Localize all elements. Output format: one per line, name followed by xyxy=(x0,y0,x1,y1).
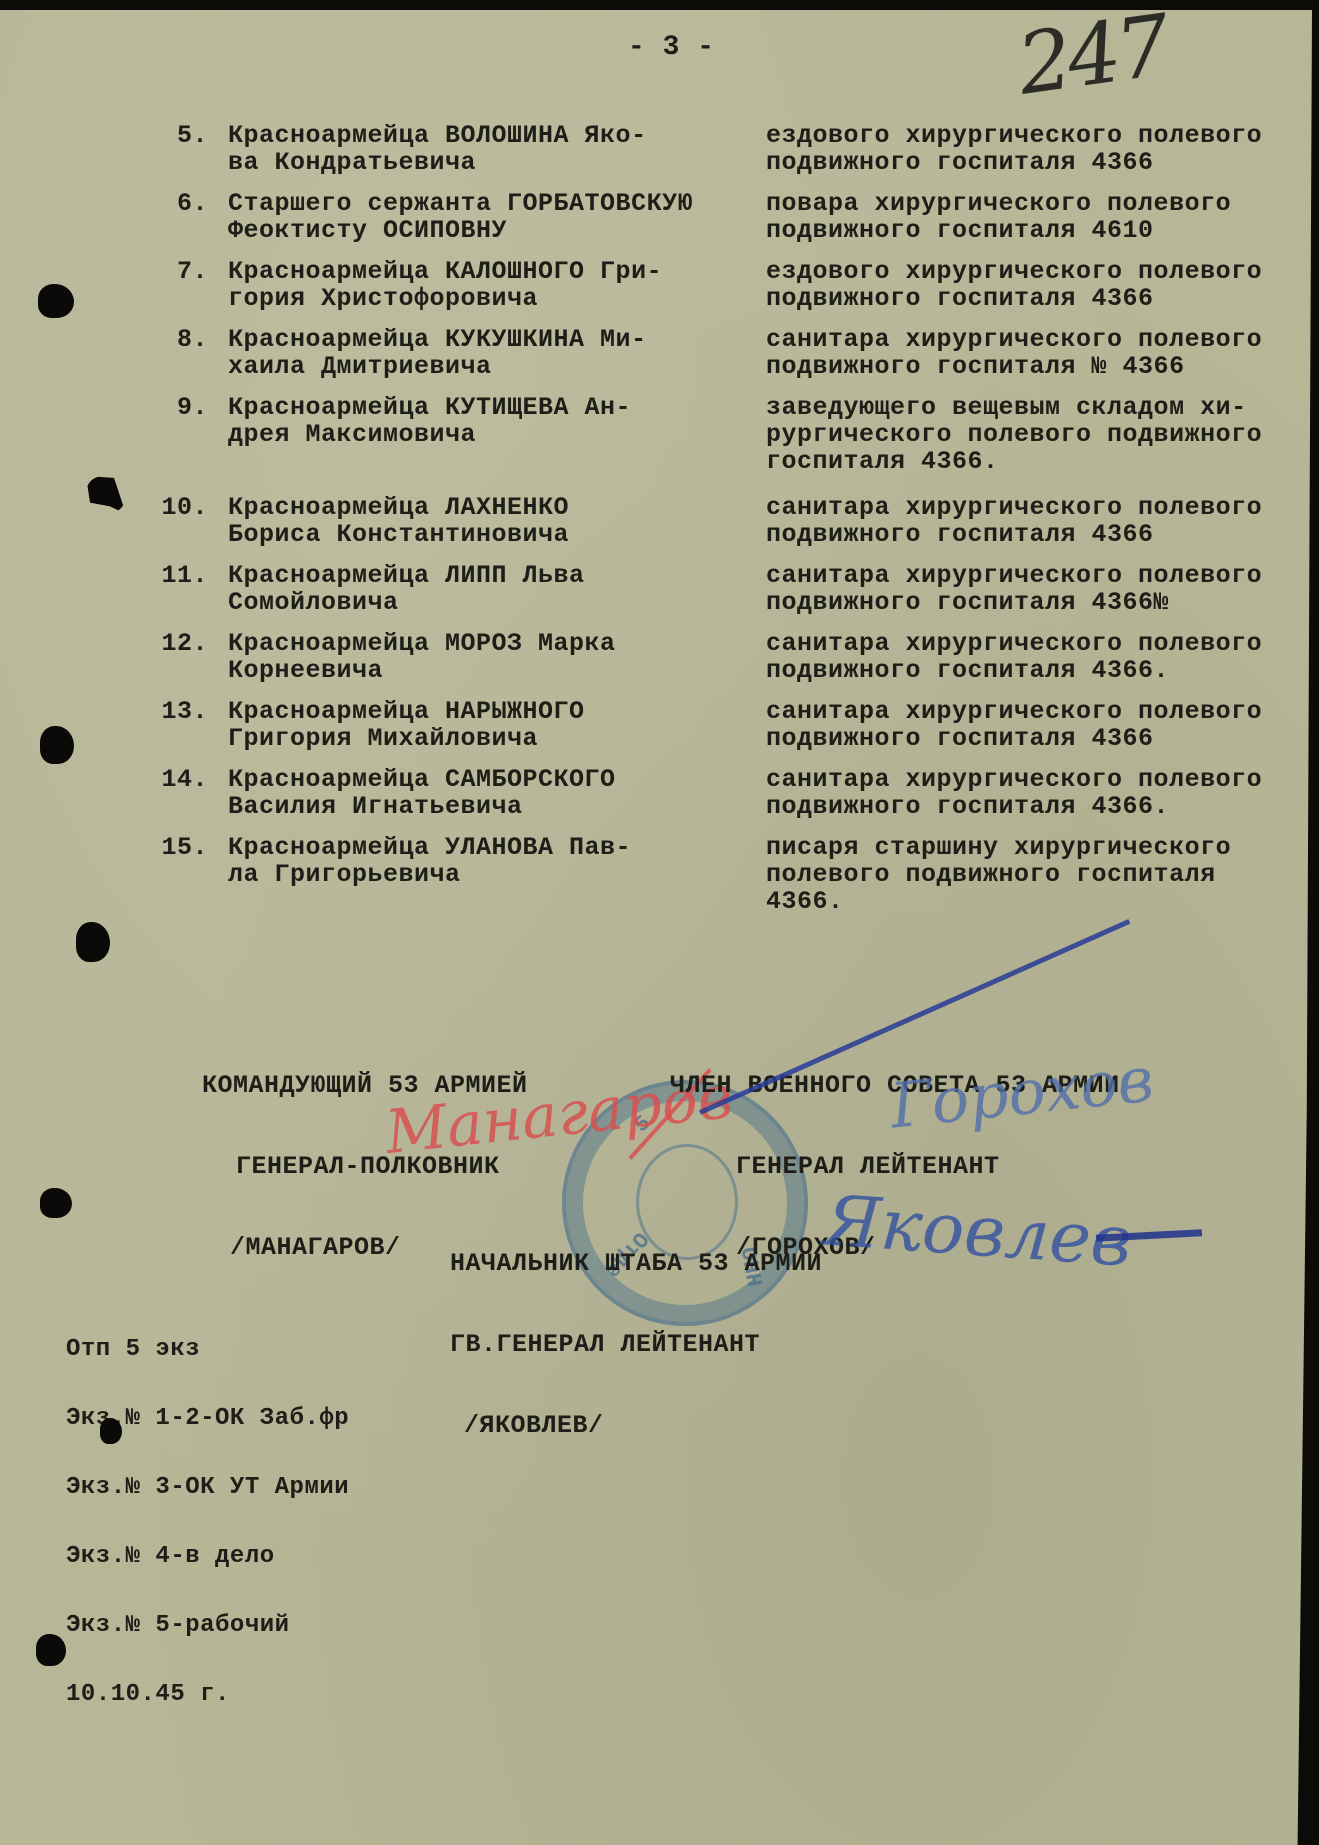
entry-name-line: Красноармейца НАРЫЖНОГО xyxy=(228,698,585,725)
entry-role-line: заведующего вещевым складом хи- xyxy=(766,394,1262,421)
entry-number: 6. xyxy=(148,190,208,217)
punch-hole xyxy=(36,1634,66,1666)
signature-name: /ЯКОВЛЕВ/ xyxy=(450,1412,822,1439)
entry-role-line: санитара хирургического полевого xyxy=(766,766,1262,793)
entry-number: 10. xyxy=(148,494,208,521)
entry-person: Красноармейца КАЛОШНОГО Гри-гория Христо… xyxy=(228,258,662,312)
entry-role: писаря старшину хирургическогополевого п… xyxy=(766,834,1231,915)
entry-role-line: подвижного госпиталя 4610 xyxy=(766,217,1231,244)
entry-role: санитара хирургического полевогоподвижно… xyxy=(766,562,1262,616)
entry-name-line: Красноармейца МОРОЗ Марка xyxy=(228,630,616,657)
entry-role-line: подвижного госпиталя № 4366 xyxy=(766,353,1262,380)
entry-number: 14. xyxy=(148,766,208,793)
entry-role-line: подвижного госпиталя 4366 xyxy=(766,149,1262,176)
entry-role: санитара хирургического полевогоподвижно… xyxy=(766,494,1262,548)
entry-role-line: подвижного госпиталя 4366 xyxy=(766,725,1262,752)
entry-role-line: госпиталя 4366. xyxy=(766,448,1262,475)
entry-role: санитара хирургического полевогоподвижно… xyxy=(766,326,1262,380)
note-line: Отп 5 экз xyxy=(66,1338,349,1361)
entry-role-line: ездового хирургического полевого xyxy=(766,122,1262,149)
signature-title: НАЧАЛЬНИК ШТАБА 53 АРМИИ xyxy=(450,1250,822,1277)
entry-role: заведующего вещевым складом хи-рургическ… xyxy=(766,394,1262,475)
punch-hole xyxy=(40,1188,72,1218)
punch-hole xyxy=(38,284,74,318)
entry-person: Красноармейца ЛИПП ЛьваСомойловича xyxy=(228,562,585,616)
signature-chief-of-staff: НАЧАЛЬНИК ШТАБА 53 АРМИИ ГВ.ГЕНЕРАЛ ЛЕЙТ… xyxy=(450,1196,822,1466)
punch-hole xyxy=(40,726,74,764)
entry-number: 8. xyxy=(148,326,208,353)
entry-person: Красноармейца КУТИЩЕВА Ан-дрея Максимови… xyxy=(228,394,631,448)
entry-number: 9. xyxy=(148,394,208,421)
entry-number: 15. xyxy=(148,834,208,861)
entry-name-line: Красноармейца КУТИЩЕВА Ан- xyxy=(228,394,631,421)
entry-role-line: санитара хирургического полевого xyxy=(766,630,1262,657)
entry-person: Красноармейца САМБОРСКОГОВасилия Игнатье… xyxy=(228,766,616,820)
entry-name-line: Красноармейца ЛИПП Льва xyxy=(228,562,585,589)
note-line: Экз.№ 4-в дело xyxy=(66,1545,349,1568)
entry-role-line: рургического полевого подвижного xyxy=(766,421,1262,448)
entry-role: санитара хирургического полевогоподвижно… xyxy=(766,630,1262,684)
entry-name-line: Василия Игнатьевича xyxy=(228,793,616,820)
entry-person: Старшего сержанта ГОРБАТОВСКУЮФеоктисту … xyxy=(228,190,693,244)
entry-role-line: подвижного госпиталя 4366. xyxy=(766,657,1262,684)
entry-name-line: Красноармейца ВОЛОШИНА Яко- xyxy=(228,122,647,149)
entry-name-line: Григория Михайловича xyxy=(228,725,585,752)
entry-name-line: Красноармейца КУКУШКИНА Ми- xyxy=(228,326,647,353)
entry-number: 7. xyxy=(148,258,208,285)
note-line: 10.10.45 г. xyxy=(66,1683,349,1706)
entry-name-line: Феоктисту ОСИПОВНУ xyxy=(228,217,693,244)
entry-name-line: Красноармейца КАЛОШНОГО Гри- xyxy=(228,258,662,285)
entry-role-line: санитара хирургического полевого xyxy=(766,494,1262,521)
punch-hole xyxy=(76,922,110,962)
entry-role-line: санитара хирургического полевого xyxy=(766,698,1262,725)
entry-person: Красноармейца НАРЫЖНОГОГригория Михайлов… xyxy=(228,698,585,752)
entry-role-line: подвижного госпиталя 4366. xyxy=(766,793,1262,820)
entry-role-line: санитара хирургического полевого xyxy=(766,562,1262,589)
entry-role: ездового хирургического полевогоподвижно… xyxy=(766,258,1262,312)
entry-number: 12. xyxy=(148,630,208,657)
entry-name-line: ла Григорьевича xyxy=(228,861,631,888)
entry-name-line: Корнеевича xyxy=(228,657,616,684)
page-number: - 3 - xyxy=(628,34,715,61)
entry-person: Красноармейца УЛАНОВА Пав-ла Григорьевич… xyxy=(228,834,631,888)
entry-name-line: Красноармейца УЛАНОВА Пав- xyxy=(228,834,631,861)
entry-name-line: ва Кондратьевича xyxy=(228,149,647,176)
distribution-note: Отп 5 экз Экз.№ 1-2-ОК Заб.фр Экз.№ 3-ОК… xyxy=(66,1292,349,1729)
entry-role-line: подвижного госпиталя 4366 xyxy=(766,285,1262,312)
entry-number: 11. xyxy=(148,562,208,589)
entry-name-line: Бориса Константиновича xyxy=(228,521,569,548)
entry-role-line: санитара хирургического полевого xyxy=(766,326,1262,353)
entry-role-line: повара хирургического полевого xyxy=(766,190,1231,217)
entry-person: Красноармейца ВОЛОШИНА Яко-ва Кондратьев… xyxy=(228,122,647,176)
entry-role: санитара хирургического полевогоподвижно… xyxy=(766,766,1262,820)
entry-name-line: хаила Дмитриевича xyxy=(228,353,647,380)
entry-role: санитара хирургического полевогоподвижно… xyxy=(766,698,1262,752)
entry-name-line: гория Христофоровича xyxy=(228,285,662,312)
entry-role-line: 4366. xyxy=(766,888,1231,915)
entry-role-line: подвижного госпиталя 4366 xyxy=(766,521,1262,548)
entry-role: повара хирургического полевогоподвижного… xyxy=(766,190,1231,244)
entry-person: Красноармейца ЛАХНЕНКОБориса Константино… xyxy=(228,494,569,548)
note-line: Экз.№ 5-рабочий xyxy=(66,1614,349,1637)
note-line: Экз.№ 3-ОК УТ Армии xyxy=(66,1476,349,1499)
entry-role-line: писаря старшину хирургического xyxy=(766,834,1231,861)
entry-role-line: ездового хирургического полевого xyxy=(766,258,1262,285)
entry-role-line: подвижного госпиталя 4366№ xyxy=(766,589,1262,616)
entry-name-line: Сомойловича xyxy=(228,589,585,616)
entry-person: Красноармейца МОРОЗ МаркаКорнеевича xyxy=(228,630,616,684)
entry-name-line: Старшего сержанта ГОРБАТОВСКУЮ xyxy=(228,190,693,217)
entry-role: ездового хирургического полевогоподвижно… xyxy=(766,122,1262,176)
ink-blot xyxy=(100,1418,122,1444)
entry-role-line: полевого подвижного госпиталя xyxy=(766,861,1231,888)
entry-person: Красноармейца КУКУШКИНА Ми-хаила Дмитрие… xyxy=(228,326,647,380)
entry-name-line: дрея Максимовича xyxy=(228,421,631,448)
entry-number: 13. xyxy=(148,698,208,725)
entry-name-line: Красноармейца САМБОРСКОГО xyxy=(228,766,616,793)
entry-number: 5. xyxy=(148,122,208,149)
entry-name-line: Красноармейца ЛАХНЕНКО xyxy=(228,494,569,521)
signature-rank: ГЕНЕРАЛ ЛЕЙТЕНАНТ xyxy=(670,1153,1120,1180)
signature-rank: ГВ.ГЕНЕРАЛ ЛЕЙТЕНАНТ xyxy=(450,1331,822,1358)
